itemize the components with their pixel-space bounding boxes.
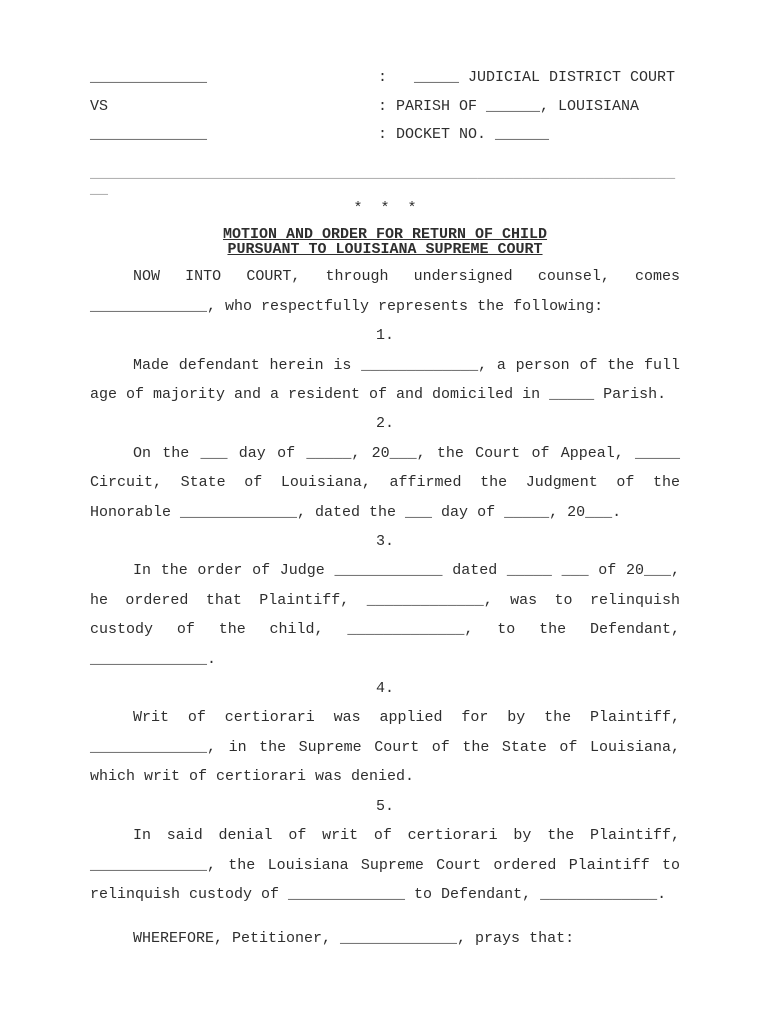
- caption-party-field: _____________: [90, 64, 378, 93]
- caption-party-field: _____________: [90, 121, 378, 150]
- body-line: age of majority and a resident of and do…: [90, 380, 680, 409]
- body-line: 2.: [90, 409, 680, 438]
- document-title-line-2: PURSUANT TO LOUISIANA SUPREME COURT: [227, 241, 542, 258]
- caption-row: _____________ : _____ JUDICIAL DISTRICT …: [90, 64, 680, 93]
- body-line: Honorable _____________, dated the ___ d…: [90, 498, 680, 527]
- body-line-text: Circuit, State of Louisiana, affirmed th…: [90, 474, 680, 491]
- document-body: NOW INTO COURT, through undersigned coun…: [90, 262, 680, 953]
- body-line: NOW INTO COURT, through undersigned coun…: [90, 262, 680, 291]
- body-line: relinquish custody of _____________ to D…: [90, 880, 680, 909]
- body-line: In said denial of writ of certiorari by …: [90, 821, 680, 850]
- caption-divider: ________________________________________…: [90, 167, 680, 198]
- body-line: Made defendant herein is _____________, …: [90, 351, 680, 380]
- body-line-text: 5.: [376, 798, 394, 815]
- body-line-text: age of majority and a resident of and do…: [90, 386, 666, 403]
- body-line: On the ___ day of _____, 20___, the Cour…: [90, 439, 680, 468]
- caption-party-field: VS: [90, 93, 378, 122]
- body-line-text: 1.: [376, 327, 394, 344]
- body-line: _____________, the Louisiana Supreme Cou…: [90, 851, 680, 880]
- body-line-text: _____________, the Louisiana Supreme Cou…: [90, 857, 680, 874]
- body-line-text: _____________, in the Supreme Court of t…: [90, 739, 680, 756]
- caption-row: _____________ : DOCKET NO. ______: [90, 121, 680, 150]
- body-line: _____________, in the Supreme Court of t…: [90, 733, 680, 762]
- body-line: Writ of certiorari was applied for by th…: [90, 703, 680, 732]
- section-separator-stars: * * *: [90, 201, 680, 217]
- body-line: custody of the child, _____________, to …: [90, 615, 680, 644]
- body-line-text: Made defendant herein is _____________, …: [133, 357, 680, 374]
- body-line: 4.: [90, 674, 680, 703]
- body-line: _____________, who respectfully represen…: [90, 292, 680, 321]
- document-title: MOTION AND ORDER FOR RETURN OF CHILD PUR…: [90, 228, 680, 258]
- body-line-text: Honorable _____________, dated the ___ d…: [90, 504, 621, 521]
- body-line: _____________.: [90, 645, 680, 674]
- body-line-text: NOW INTO COURT, through undersigned coun…: [133, 268, 680, 285]
- case-caption: _____________ : _____ JUDICIAL DISTRICT …: [90, 64, 680, 150]
- body-line-text: _____________.: [90, 651, 216, 668]
- body-line-text: Writ of certiorari was applied for by th…: [133, 709, 680, 726]
- body-line: he ordered that Plaintiff, _____________…: [90, 586, 680, 615]
- divider-underscore-line: ________________________________________…: [90, 167, 680, 182]
- body-line-text: 4.: [376, 680, 394, 697]
- divider-underscore-tail: __: [90, 182, 680, 198]
- body-line-text: relinquish custody of _____________ to D…: [90, 886, 666, 903]
- body-line-text: WHEREFORE, Petitioner, _____________, pr…: [133, 930, 574, 947]
- body-line-text: custody of the child, _____________, to …: [90, 621, 680, 638]
- body-line-text: 3.: [376, 533, 394, 550]
- body-line-text: 2.: [376, 415, 394, 432]
- body-line-text: In said denial of writ of certiorari by …: [133, 827, 680, 844]
- body-line: 5.: [90, 792, 680, 821]
- caption-row: VS : PARISH OF ______, LOUISIANA: [90, 93, 680, 122]
- body-line: which writ of certiorari was denied.: [90, 762, 680, 791]
- body-line: 3.: [90, 527, 680, 556]
- body-line-text: In the order of Judge ____________ dated…: [133, 562, 680, 579]
- body-line: In the order of Judge ____________ dated…: [90, 556, 680, 585]
- body-line-text: he ordered that Plaintiff, _____________…: [90, 592, 680, 609]
- caption-court-field: : _____ JUDICIAL DISTRICT COURT: [378, 64, 680, 93]
- caption-court-field: : DOCKET NO. ______: [378, 121, 680, 150]
- body-line-text: _____________, who respectfully represen…: [90, 298, 603, 315]
- body-line-text: On the ___ day of _____, 20___, the Cour…: [133, 445, 680, 462]
- document-page: _____________ : _____ JUDICIAL DISTRICT …: [0, 0, 770, 1024]
- caption-court-field: : PARISH OF ______, LOUISIANA: [378, 93, 680, 122]
- body-line: Circuit, State of Louisiana, affirmed th…: [90, 468, 680, 497]
- body-line-text: which writ of certiorari was denied.: [90, 768, 414, 785]
- body-line: 1.: [90, 321, 680, 350]
- body-line: WHEREFORE, Petitioner, _____________, pr…: [90, 924, 680, 953]
